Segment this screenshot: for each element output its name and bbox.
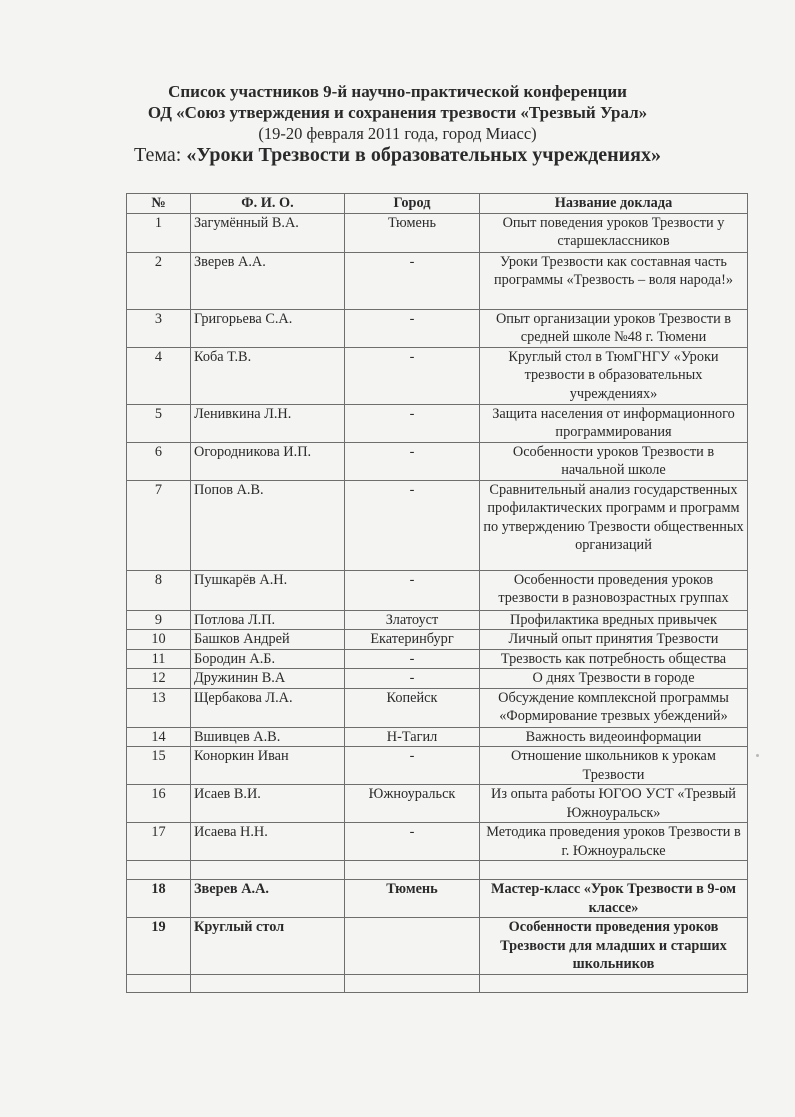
table-row: 4Коба Т.В.-Круглый стол в ТюмГНГУ «Уроки… (127, 347, 748, 404)
participant-name: Зверев А.А. (191, 880, 345, 918)
table-header-row: № Ф. И. О. Город Название доклада (127, 194, 748, 214)
participant-city (345, 918, 480, 975)
participant-number: 1 (127, 213, 191, 252)
report-title: Опыт организации уроков Трезвости в сред… (480, 309, 748, 347)
participant-name: Бородин А.Б. (191, 649, 345, 669)
report-title: Отношение школьников к урокам Трезвости (480, 747, 748, 785)
report-title: Важность видеоинформации (480, 727, 748, 747)
topic-label: Тема: (134, 144, 186, 166)
event-date-location: (19-20 февраля 2011 года, город Миасс) (0, 124, 795, 144)
column-header-report-title: Название доклада (480, 194, 748, 214)
table-row: 12Дружинин В.А-О днях Трезвости в городе (127, 669, 748, 689)
participant-number: 5 (127, 404, 191, 442)
participants-table: № Ф. И. О. Город Название доклада 1Загум… (126, 193, 748, 993)
table-row: 17Исаева Н.Н.-Методика проведения уроков… (127, 823, 748, 861)
document-title: Список участников 9-й научно-практическо… (0, 82, 795, 102)
table-row: 1Загумённый В.А.ТюменьОпыт поведения уро… (127, 213, 748, 252)
participant-name: Пушкарёв А.Н. (191, 570, 345, 610)
participant-name: Потлова Л.П. (191, 610, 345, 630)
participant-number: 6 (127, 442, 191, 480)
participant-number: 18 (127, 880, 191, 918)
participant-name: Ленивкина Л.Н. (191, 404, 345, 442)
table-row: 11Бородин А.Б.-Трезвость как потребность… (127, 649, 748, 669)
participant-number: 14 (127, 727, 191, 747)
participant-number: 3 (127, 309, 191, 347)
table-row (127, 975, 748, 993)
participant-city: - (345, 347, 480, 404)
report-title: Из опыта работы ЮГОО УСТ «Трезвый Южноур… (480, 785, 748, 823)
participant-number: 9 (127, 610, 191, 630)
report-title: Особенности проведения уроков Трезвости … (480, 918, 748, 975)
table-row: 18Зверев А.А.ТюменьМастер-класс «Урок Тр… (127, 880, 748, 918)
report-title: Мастер-класс «Урок Трезвости в 9-ом клас… (480, 880, 748, 918)
organization-name: ОД «Союз утверждения и сохранения трезво… (0, 103, 795, 123)
participant-city: Екатеринбург (345, 630, 480, 650)
participant-number: 4 (127, 347, 191, 404)
participant-city: - (345, 669, 480, 689)
report-title: Опыт поведения уроков Трезвости у старше… (480, 213, 748, 252)
report-title: Обсуждение комплексной программы «Формир… (480, 688, 748, 727)
participant-city: Копейск (345, 688, 480, 727)
participant-number (127, 975, 191, 993)
participant-name: Попов А.В. (191, 480, 345, 570)
report-title (480, 975, 748, 993)
report-title: Личный опыт принятия Трезвости (480, 630, 748, 650)
participant-number: 10 (127, 630, 191, 650)
report-title: Трезвость как потребность общества (480, 649, 748, 669)
participant-number: 2 (127, 252, 191, 309)
participant-name: Исаева Н.Н. (191, 823, 345, 861)
table-row: 14Вшивцев А.В.Н-ТагилВажность видеоинфор… (127, 727, 748, 747)
participant-name: Коба Т.В. (191, 347, 345, 404)
table-row: 3Григорьева С.А.-Опыт организации уроков… (127, 309, 748, 347)
table-row: 6Огородникова И.П.-Особенности уроков Тр… (127, 442, 748, 480)
participant-name: Конор­кин Иван (191, 747, 345, 785)
table-row: 19Круглый столОсобенности проведения уро… (127, 918, 748, 975)
participant-number (127, 861, 191, 880)
column-header-city: Город (345, 194, 480, 214)
table-row: 7Попов А.В.-Сравнительный анализ государ… (127, 480, 748, 570)
participant-city: - (345, 649, 480, 669)
participant-name: Загумённый В.А. (191, 213, 345, 252)
participant-name: Круглый стол (191, 918, 345, 975)
participant-city: Златоуст (345, 610, 480, 630)
participant-number: 11 (127, 649, 191, 669)
participant-name: Дружинин В.А (191, 669, 345, 689)
participant-number: 17 (127, 823, 191, 861)
report-title: Особенности проведения уроков трезвости … (480, 570, 748, 610)
scan-speck (756, 754, 759, 757)
table-row: 8Пушкарёв А.Н.-Особенности проведения ур… (127, 570, 748, 610)
table-row: 16Исаев В.И.ЮжноуральскИз опыта работы Ю… (127, 785, 748, 823)
participant-city: Южноуральск (345, 785, 480, 823)
report-title: Особенности уроков Трезвости в начальной… (480, 442, 748, 480)
participant-name (191, 975, 345, 993)
table-row: 2Зверев А.А.-Уроки Трезвости как составн… (127, 252, 748, 309)
participant-city: - (345, 442, 480, 480)
table-row: 13Щербакова Л.А.КопейскОбсуждение компле… (127, 688, 748, 727)
column-header-number: № (127, 194, 191, 214)
participant-city: Тюмень (345, 213, 480, 252)
participant-name: Исаев В.И. (191, 785, 345, 823)
participant-city: - (345, 404, 480, 442)
report-title: Защита населения от информационного прог… (480, 404, 748, 442)
participant-number: 12 (127, 669, 191, 689)
participant-city: - (345, 747, 480, 785)
participant-city: Н-Тагил (345, 727, 480, 747)
participant-number: 7 (127, 480, 191, 570)
participant-name: Вшивцев А.В. (191, 727, 345, 747)
participant-city: - (345, 480, 480, 570)
report-title: Методика проведения уроков Трезвости в г… (480, 823, 748, 861)
topic-value: «Уроки Трезвости в образовательных учреж… (186, 144, 661, 166)
report-title: Сравнительный анализ государственных про… (480, 480, 748, 570)
participant-name: Зверев А.А. (191, 252, 345, 309)
table-row: 15Конор­кин Иван-Отношение школьников к … (127, 747, 748, 785)
table-row (127, 861, 748, 880)
participant-city: - (345, 309, 480, 347)
participant-number: 8 (127, 570, 191, 610)
report-title: Уроки Трезвости как составная часть прог… (480, 252, 748, 309)
table-row: 9Потлова Л.П.ЗлатоустПрофилактика вредны… (127, 610, 748, 630)
table-row: 5Ленивкина Л.Н.-Защита населения от инфо… (127, 404, 748, 442)
participant-number: 13 (127, 688, 191, 727)
participant-city: - (345, 570, 480, 610)
report-title: Профилактика вредных привычек (480, 610, 748, 630)
column-header-name: Ф. И. О. (191, 194, 345, 214)
participant-number: 19 (127, 918, 191, 975)
participant-number: 16 (127, 785, 191, 823)
participant-name (191, 861, 345, 880)
participant-city: Тюмень (345, 880, 480, 918)
report-title (480, 861, 748, 880)
report-title: Круглый стол в ТюмГНГУ «Уроки трезвости … (480, 347, 748, 404)
participant-city (345, 861, 480, 880)
participant-city: - (345, 823, 480, 861)
report-title: О днях Трезвости в городе (480, 669, 748, 689)
participant-name: Башков Андрей (191, 630, 345, 650)
participant-name: Щербакова Л.А. (191, 688, 345, 727)
participant-name: Григорьева С.А. (191, 309, 345, 347)
participant-city (345, 975, 480, 993)
participant-city: - (345, 252, 480, 309)
table-row: 10Башков АндрейЕкатеринбургЛичный опыт п… (127, 630, 748, 650)
participant-name: Огородникова И.П. (191, 442, 345, 480)
participant-number: 15 (127, 747, 191, 785)
conference-topic: Тема: «Уроки Трезвости в образовательных… (0, 144, 795, 167)
